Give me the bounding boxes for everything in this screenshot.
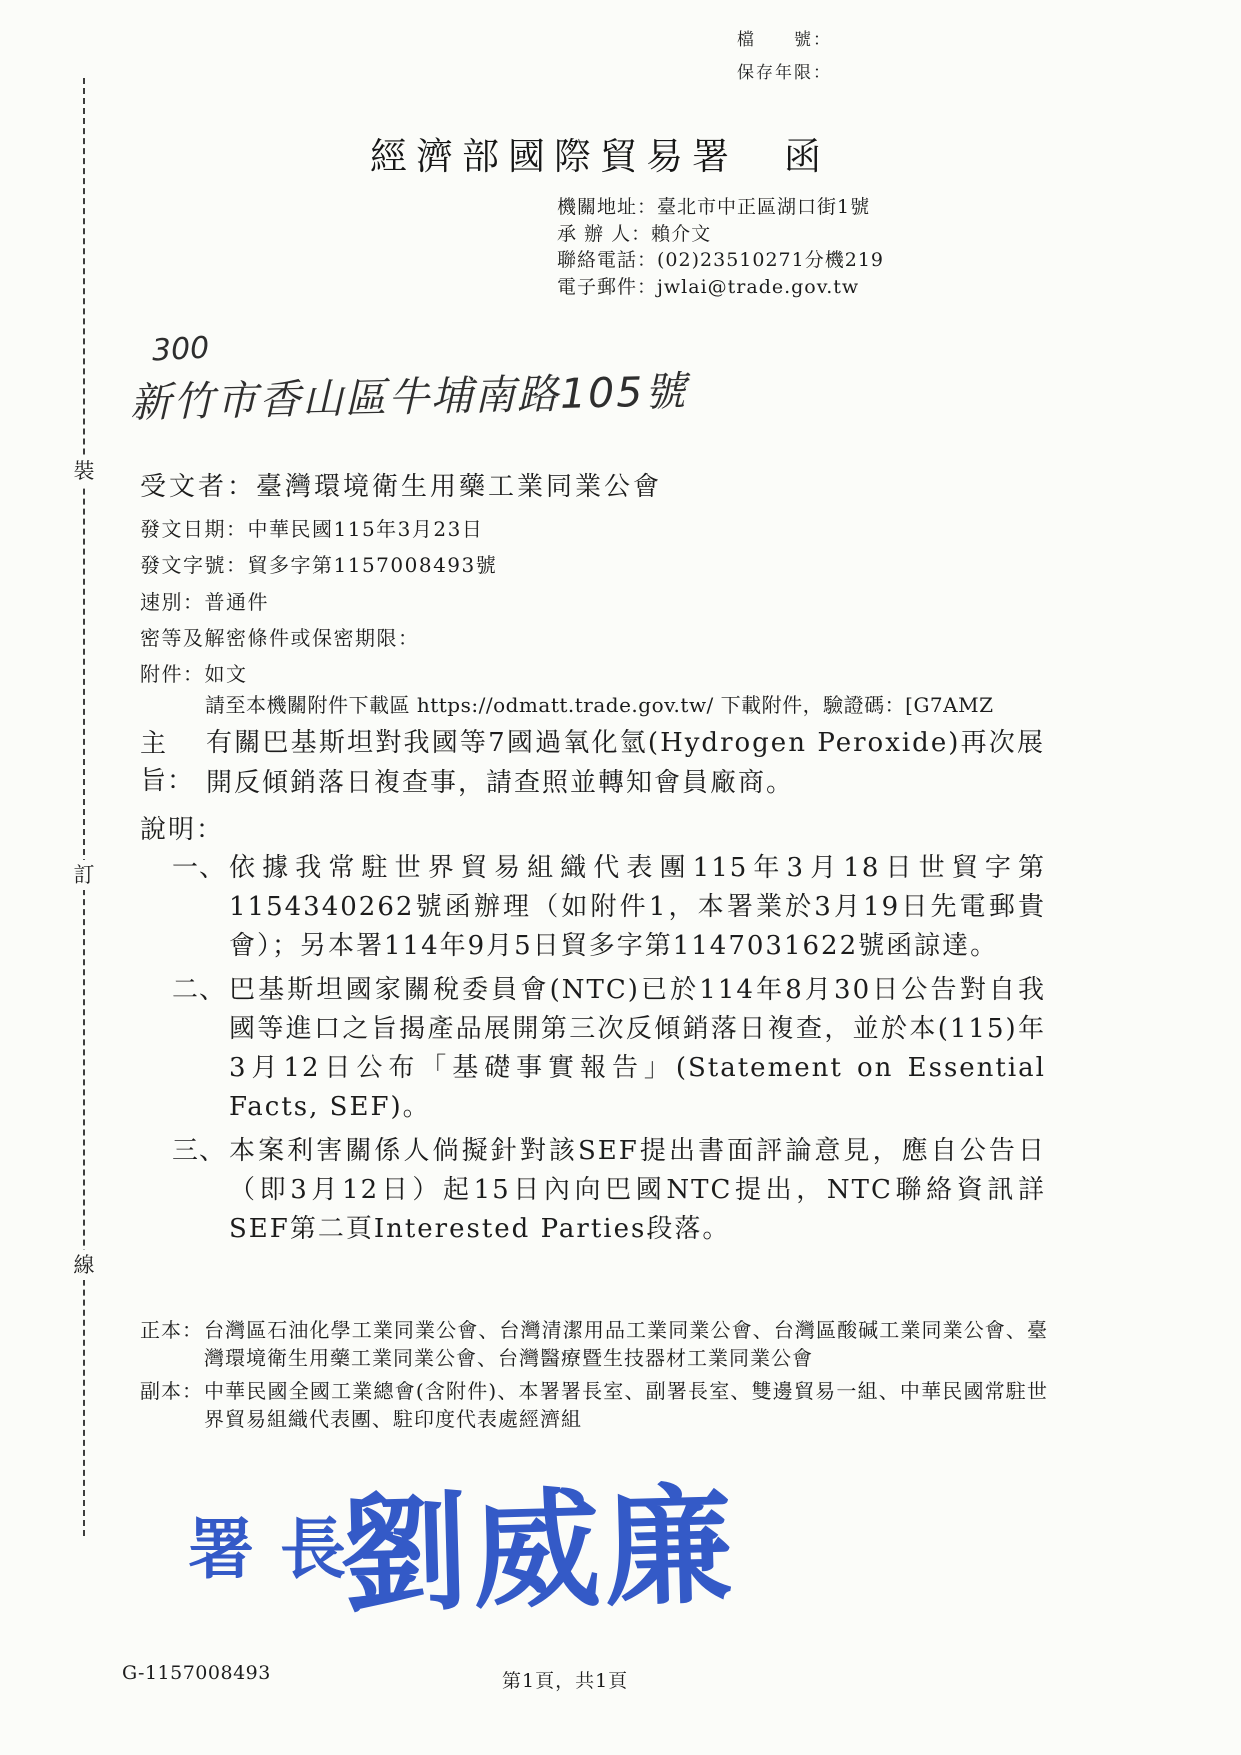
item-1-text: 依據我常駐世界貿易組織代表團115年3月18日世貿字第1154340262號函辦… — [229, 849, 1046, 966]
doc-number-value: 貿多字第1157008493號 — [248, 553, 498, 577]
agency-address-row: 機關地址：臺北市中正區湖口街1號 — [557, 194, 884, 221]
handwritten-postal-code: 300 — [151, 331, 210, 369]
copy-recipients-text: 中華民國全國工業總會(含附件)、本署署長室、副署長室、雙邊貿易一組、中華民國常駐… — [204, 1377, 1048, 1433]
attachment-row: 附件：如文 — [140, 658, 248, 687]
recipient-line: 受文者：臺灣環境衛生用藥工業同業公會 — [140, 466, 662, 503]
binding-mark-ding: 訂 — [69, 860, 99, 890]
explanation-items: 一、 依據我常駐世界貿易組織代表團115年3月18日世貿字第1154340262… — [172, 849, 1046, 1249]
attachment-label: 附件： — [140, 662, 205, 686]
doc-number-label: 發文字號： — [140, 553, 248, 577]
footer-doc-id: G-1157008493 — [122, 1662, 271, 1684]
speed-class-row: 速別：普通件 — [140, 586, 269, 615]
copy-recipients-label: 副本： — [140, 1377, 204, 1433]
agency-contact-block: 機關地址：臺北市中正區湖口街1號 承 辦 人：賴介文 聯絡電話：(02)2351… — [557, 194, 884, 300]
document-title: 經濟部國際貿易署 函 — [0, 126, 1200, 180]
director-name-stamp: 劉威廉 — [338, 1443, 739, 1637]
original-recipients-text: 台灣區石油化學工業同業公會、台灣清潔用品工業同業公會、台灣區酸碱工業同業公會、臺… — [204, 1316, 1048, 1372]
scanned-official-letter: 裝 訂 線 檔 號： 保存年限： 經濟部國際貿易署 函 機關地址：臺北市中正區湖… — [0, 0, 1241, 1755]
distribution-block: 正本： 台灣區石油化學工業同業公會、台灣清潔用品工業同業公會、台灣區酸碱工業同業… — [140, 1316, 1048, 1433]
explanation-heading: 說明： — [140, 809, 224, 846]
agency-email-label: 電子郵件： — [557, 276, 657, 298]
subject-label: 主旨： — [140, 723, 206, 803]
binding-dashed-line — [83, 78, 85, 1536]
original-recipients-row: 正本： 台灣區石油化學工業同業公會、台灣清潔用品工業同業公會、台灣區酸碱工業同業… — [140, 1316, 1048, 1372]
recipient-label: 受文者： — [140, 472, 256, 502]
issue-date-label: 發文日期： — [140, 517, 248, 541]
item-3-text: 本案利害關係人倘擬針對該SEF提出書面評論意見，應自公告日（即3月12日）起15… — [229, 1132, 1046, 1249]
agency-officer-label: 承 辦 人： — [557, 223, 651, 245]
copy-recipients-row: 副本： 中華民國全國工業總會(含附件)、本署署長室、副署長室、雙邊貿易一組、中華… — [140, 1377, 1048, 1433]
agency-email-value: jwlai@trade.gov.tw — [657, 276, 859, 298]
security-class-row: 密等及解密條件或保密期限： — [140, 622, 420, 651]
file-number-label: 檔 號： — [737, 24, 832, 57]
binding-mark-zhuang: 裝 — [69, 456, 99, 486]
agency-phone-row: 聯絡電話：(02)23510271分機219 — [557, 247, 884, 274]
attachment-value: 如文 — [205, 662, 248, 686]
recipient-name: 臺灣環境衛生用藥工業同業公會 — [256, 472, 662, 502]
attachment-download-note: 請至本機關附件下載區 https://odmatt.trade.gov.tw/ … — [205, 689, 993, 718]
explanation-item-3: 三、 本案利害關係人倘擬針對該SEF提出書面評論意見，應自公告日（即3月12日）… — [172, 1132, 1046, 1249]
item-2-number: 二、 — [172, 971, 229, 1127]
agency-email-row: 電子郵件：jwlai@trade.gov.tw — [557, 274, 884, 301]
agency-address-value: 臺北市中正區湖口街1號 — [657, 196, 870, 218]
item-1-number: 一、 — [172, 849, 229, 966]
issue-date-value: 中華民國115年3月23日 — [248, 517, 484, 541]
agency-phone-value: (02)23510271分機219 — [657, 249, 884, 271]
archive-block: 檔 號： 保存年限： — [737, 24, 832, 90]
item-3-number: 三、 — [172, 1132, 229, 1249]
agency-address-label: 機關地址： — [557, 196, 657, 218]
issue-date-row: 發文日期：中華民國115年3月23日 — [140, 513, 483, 542]
agency-phone-label: 聯絡電話： — [557, 249, 657, 271]
original-recipients-label: 正本： — [140, 1316, 204, 1372]
item-2-text: 巴基斯坦國家關稅委員會(NTC)已於114年8月30日公告對自我國等進口之旨揭產… — [229, 971, 1046, 1127]
subject-text: 有關巴基斯坦對我國等7國過氧化氫(Hydrogen Peroxide)再次展開反… — [206, 723, 1045, 803]
speed-class-label: 速別： — [140, 590, 205, 614]
speed-class-value: 普通件 — [205, 590, 270, 614]
handwritten-address: 新竹市香山區牛埔南路105號 — [129, 358, 687, 429]
explanation-item-1: 一、 依據我常駐世界貿易組織代表團115年3月18日世貿字第1154340262… — [172, 849, 1046, 966]
agency-officer-value: 賴介文 — [651, 223, 711, 245]
doc-number-row: 發文字號：貿多字第1157008493號 — [140, 549, 497, 578]
security-class-label: 密等及解密條件或保密期限： — [140, 626, 420, 650]
agency-officer-row: 承 辦 人：賴介文 — [557, 221, 884, 248]
binding-mark-xian: 線 — [69, 1250, 99, 1280]
retention-period-label: 保存年限： — [737, 57, 832, 90]
subject-block: 主旨： 有關巴基斯坦對我國等7國過氧化氫(Hydrogen Peroxide)再… — [140, 723, 1045, 803]
page-indicator: 第1頁，共1頁 — [502, 1666, 628, 1693]
explanation-item-2: 二、 巴基斯坦國家關稅委員會(NTC)已於114年8月30日公告對自我國等進口之… — [172, 971, 1046, 1127]
